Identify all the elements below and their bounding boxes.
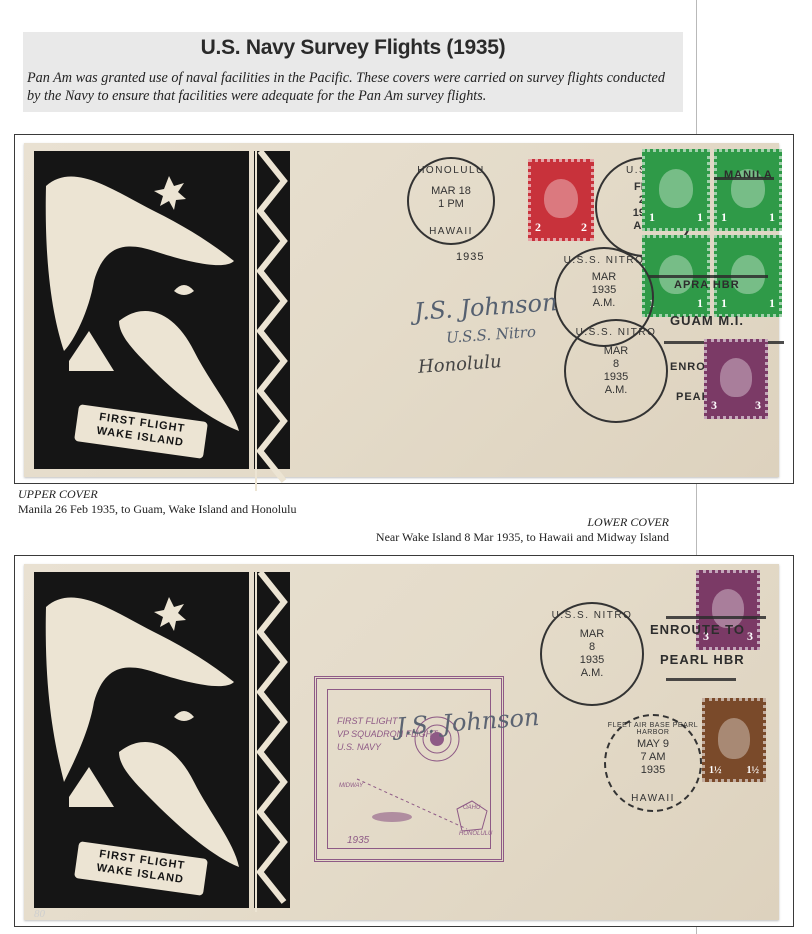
upper-cover-label: UPPER COVER — [18, 487, 98, 502]
lower-cover-caption: Near Wake Island 8 Mar 1935, to Hawaii a… — [376, 530, 669, 545]
vp-squadron-cachet: FIRST FLIGHT VP SQUADRON FLIGHT U.S. NAV… — [314, 676, 504, 862]
stamp-red-2-cent: 2 2 — [528, 159, 594, 241]
cancel-bar — [666, 616, 766, 619]
guam-cancel: GUAM M.I. — [670, 313, 744, 328]
stamp-purple-3-cent: 3 3 — [704, 339, 768, 419]
cancel-bar — [648, 275, 768, 278]
portrait-icon — [720, 358, 752, 396]
zigzag-border — [254, 572, 290, 908]
apra-cancel: APRA HBR — [674, 279, 740, 291]
manila-cancel: MANILA — [724, 169, 773, 181]
uss-nitro-postmark: U.S.S. NITRO MAR 8 1935 A.M. — [564, 319, 668, 423]
lower-cover-label: LOWER COVER — [587, 515, 669, 530]
lower-envelope: FIRST FLIGHT WAKE ISLAND FIRST FLIGHT VP… — [24, 564, 779, 920]
stamp-brown-1-half-cent: 1½ 1½ — [702, 698, 766, 782]
fleet-air-base-postmark: FLEET AIR BASE PEARL HARBOR MAY 9 7 AM 1… — [604, 714, 702, 812]
upper-cover-caption: Manila 26 Feb 1935, to Guam, Wake Island… — [18, 502, 296, 517]
upper-envelope: FIRST FLIGHT WAKE ISLAND HONOLULU MAR 18… — [24, 143, 779, 477]
pencil-note: 80 — [34, 908, 45, 920]
enroute-cancel: ENROUTE TO — [650, 622, 745, 637]
year-mark: 1935 — [456, 251, 484, 263]
signature: J.S. Johnson U.S.S. Nitro Honolulu — [413, 288, 562, 382]
uss-nitro-postmark: U.S.S. NITRO MAR 8 1935 A.M. — [540, 602, 644, 706]
page-title: U.S. Navy Survey Flights (1935) — [23, 36, 683, 60]
header-box: U.S. Navy Survey Flights (1935) Pan Am w… — [23, 32, 683, 112]
page-description: Pan Am was granted use of naval faciliti… — [27, 69, 677, 105]
woodcut-cachet: FIRST FLIGHT WAKE ISLAND — [34, 151, 249, 469]
zigzag-border — [254, 151, 290, 469]
zigzag-icon — [254, 572, 290, 912]
stamp-green-1-cent: 1 1 — [642, 149, 710, 231]
portrait-icon — [544, 179, 578, 219]
stamp-green-1-cent: 1 1 — [714, 149, 782, 231]
portrait-icon — [659, 169, 694, 209]
pearl-cancel: PEARL HBR — [660, 652, 745, 667]
upper-cover: FIRST FLIGHT WAKE ISLAND HONOLULU MAR 18… — [14, 134, 794, 484]
honolulu-postmark: HONOLULU MAR 18 1 PM HAWAII — [407, 157, 495, 245]
lower-cover: FIRST FLIGHT WAKE ISLAND FIRST FLIGHT VP… — [14, 555, 794, 927]
portrait-icon — [718, 718, 750, 759]
cancel-bar — [666, 678, 736, 681]
zigzag-icon — [254, 151, 290, 491]
stamp-purple-3-cent: 3 3 — [696, 570, 760, 650]
woodcut-cachet: FIRST FLIGHT WAKE ISLAND — [34, 572, 249, 908]
